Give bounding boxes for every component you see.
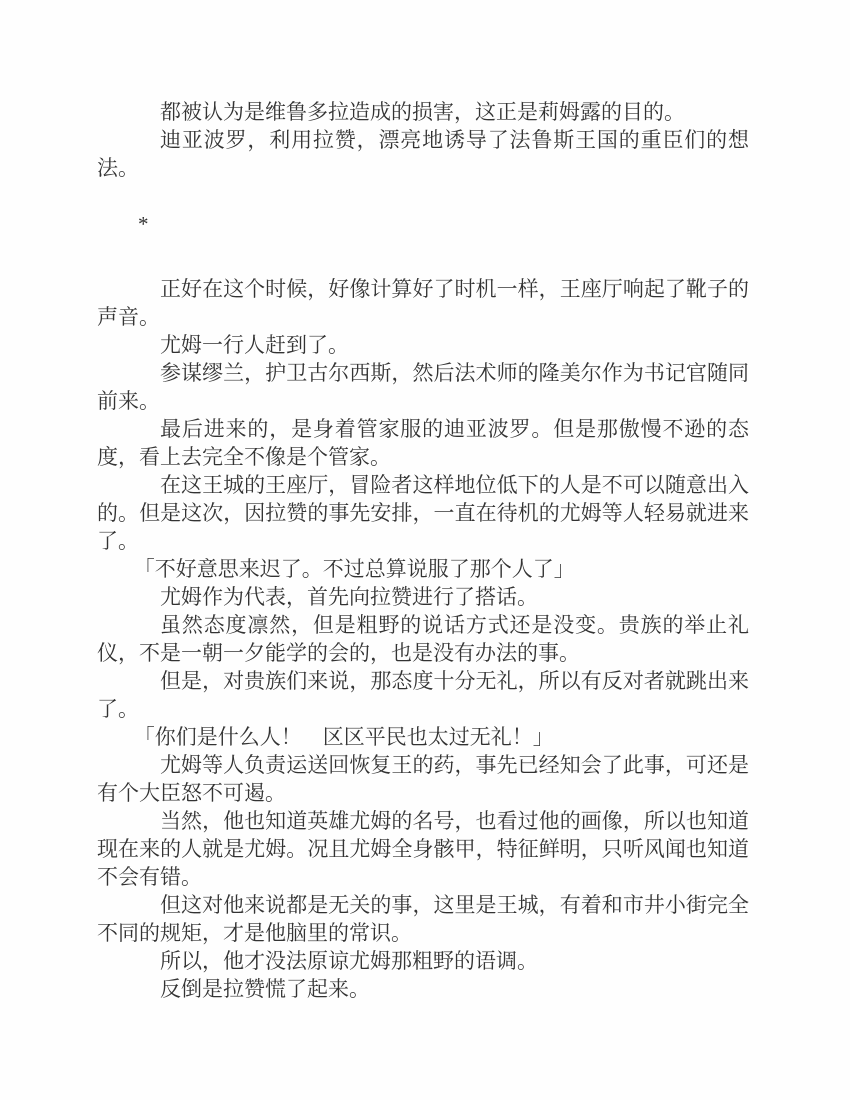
novel-page: 都被认为是维鲁多拉造成的损害，这正是莉姆露的目的。迪亚波罗，利用拉赞，漂亮地诱导…	[0, 0, 850, 1100]
narrative-paragraph: 但是，对贵族们来说，那态度十分无礼，所以有反对者就跳出来了。	[97, 667, 749, 723]
narrative-paragraph: 都被认为是维鲁多拉造成的损害，这正是莉姆露的目的。	[97, 98, 749, 126]
narrative-paragraph: 当然，他也知道英雄尤姆的名号，也看过他的画像，所以也知道现在来的人就是尤姆。况且…	[97, 807, 749, 891]
novel-text: 都被认为是维鲁多拉造成的损害，这正是莉姆露的目的。迪亚波罗，利用拉赞，漂亮地诱导…	[97, 98, 749, 1003]
scene-separator: *	[97, 210, 749, 238]
narrative-paragraph: 所以，他才没法原谅尤姆那粗野的语调。	[97, 947, 749, 975]
narrative-paragraph: 尤姆等人负责运送回恢复王的药，事先已经知会了此事，可还是有个大臣怒不可遏。	[97, 751, 749, 807]
narrative-paragraph: 在这王城的王座厅，冒险者这样地位低下的人是不可以随意出入的。但是这次，因拉赞的事…	[97, 471, 749, 555]
narrative-paragraph: 反倒是拉赞慌了起来。	[97, 975, 749, 1003]
dialogue-paragraph: 「不好意思来迟了。不过总算说服了那个人了」	[97, 555, 749, 583]
narrative-paragraph: 但这对他来说都是无关的事，这里是王城，有着和市井小街完全不同的规矩，才是他脑里的…	[97, 891, 749, 947]
narrative-paragraph: 尤姆作为代表，首先向拉赞进行了搭话。	[97, 583, 749, 611]
narrative-paragraph: 尤姆一行人赶到了。	[97, 331, 749, 359]
narrative-paragraph: 参谋缪兰，护卫古尔西斯，然后法术师的隆美尔作为书记官随同前来。	[97, 359, 749, 415]
narrative-paragraph: 虽然态度凛然，但是粗野的说话方式还是没变。贵族的举止礼仪，不是一朝一夕能学的会的…	[97, 611, 749, 667]
narrative-paragraph: 正好在这个时候，好像计算好了时机一样，王座厅响起了靴子的声音。	[97, 275, 749, 331]
narrative-paragraph: 最后进来的，是身着管家服的迪亚波罗。但是那傲慢不逊的态度，看上去完全不像是个管家…	[97, 415, 749, 471]
dialogue-paragraph: 「你们是什么人！ 区区平民也太过无礼！」	[97, 723, 749, 751]
narrative-paragraph: 迪亚波罗，利用拉赞，漂亮地诱导了法鲁斯王国的重臣们的想法。	[97, 126, 749, 182]
